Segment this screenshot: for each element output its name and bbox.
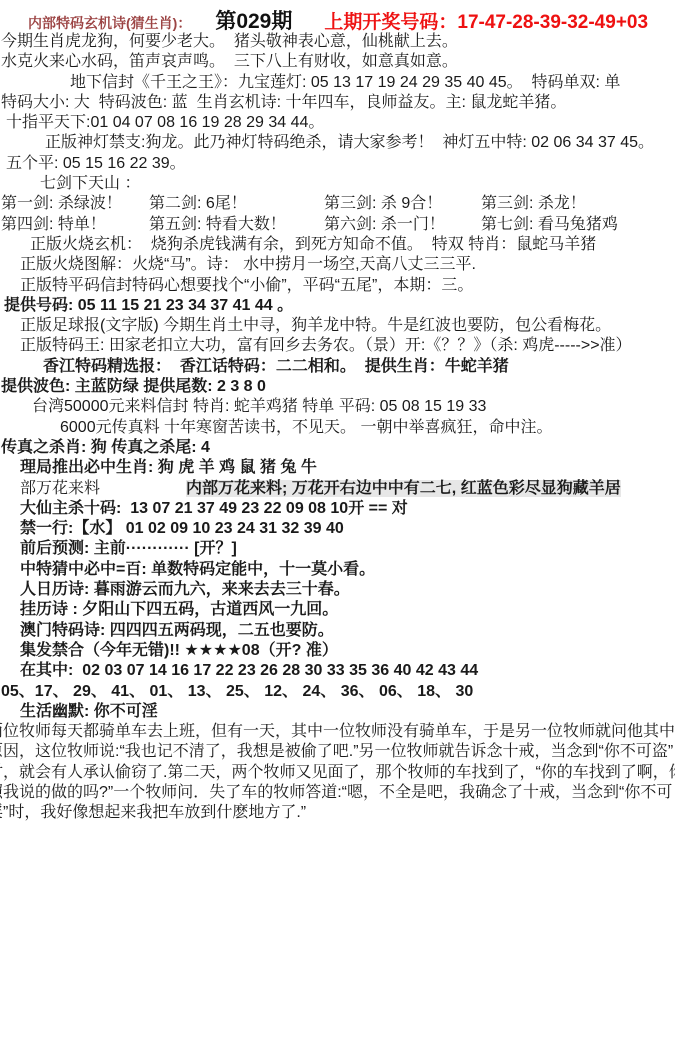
wanhua-prefix: 部万花来料 xyxy=(20,480,100,497)
seven-swords-row-2: 第四剑: 特单！ 第五剑: 特看大数！ 第六剑: 杀一门！ 第七剑: 看马兔猪鸡 xyxy=(0,215,675,235)
before-after-forecast-line: 前后预测: 主前············ [开？] xyxy=(0,539,675,559)
page-header: 内部特码玄机诗(猜生肖)： 第029期 上期开奖号码：17-47-28-39-3… xyxy=(0,5,675,32)
fax-kill-zodiac-line: 传真之杀肖: 狗 传真之杀尾: 4 xyxy=(0,438,675,458)
wall-calendar-poem-line: 挂历诗 : 夕阳山下四五码，古道西风一九回。 xyxy=(0,600,675,620)
lottery-tip-sheet: 内部特码玄机诗(猜生肖)： 第029期 上期开奖号码：17-47-28-39-3… xyxy=(0,0,675,824)
sword-2: 第二剑: 6尾！ xyxy=(149,194,324,214)
seven-swords-row-1: 第一剑: 杀绿波！ 第二剑: 6尾！ 第三剑: 杀 9合！ 第三剑: 杀龙！ xyxy=(0,194,675,214)
issue-number: 第029期 xyxy=(215,5,292,35)
doc-title: 内部特码玄机诗(猜生肖)： xyxy=(28,13,191,33)
seven-swords-title: 七剑下天山 ： xyxy=(0,174,675,194)
xiangjiang-report-line: 香江特码精选报： 香江话特码：二二相和。 提供生肖：牛蛇羊猪 xyxy=(0,357,675,377)
sword-5: 第五剑: 特看大数！ xyxy=(149,215,324,235)
fire-mystery-line: 正版火烧玄机： 烧狗杀虎钱满有余，到死方知命不值。 特双 特肖：鼠蛇马羊猪 xyxy=(0,235,675,255)
joke-line-3: 时，就会有人承认偷窃了.第二天，两个牧师又见面了，那个牧师的车找到了，“你的车找… xyxy=(0,763,675,783)
size-wave-line: 特码大小: 大 特码波色: 蓝 生肖玄机诗: 十年四车，良师益友。主: 鼠龙蛇羊… xyxy=(0,93,675,113)
taiwan-envelope-line: 台湾50000元来料信封 特肖: 蛇羊鸡猪 特单 平码: 05 08 15 19… xyxy=(0,397,675,417)
wanhua-segment-2: 红蓝色彩尽显狗藏羊居 xyxy=(461,480,621,497)
sword-3b: 第三剑: 杀龙！ xyxy=(481,194,675,214)
immortal-kill-ten-line: 大仙主杀十码: 13 07 21 37 49 23 22 09 08 10开 =… xyxy=(0,499,675,519)
magic-lamp-line: 正版神灯禁支:狗龙。此乃神灯特码绝杀，请大家参考！ 神灯五中特: 02 06 3… xyxy=(0,133,675,153)
bureau-zodiac-line: 理局推出必中生肖: 狗 虎 羊 鸡 鼠 猪 兔 牛 xyxy=(0,458,675,478)
forbidden-row-line: 禁一行:【水】 01 02 09 10 23 24 31 32 39 40 xyxy=(0,519,675,539)
numbers-sequence-line: 05、17、 29、 41、 01、 13、 25、 12、 24、 36、 0… xyxy=(0,682,675,702)
sword-7: 第七剑: 看马兔猪鸡 xyxy=(481,215,675,235)
special-flat-envelope-line: 正版特平码信封特码心想要找个“小偷”，平码“五尾”，本期：三。 xyxy=(0,276,675,296)
joke-line-4: 照我说的做的吗?”一个牧师问．失了车的牧师答道:“嗯，不全是吧，我确念了十戒，当… xyxy=(0,783,675,803)
macau-special-poem-line: 澳门特码诗: 四四四五两码现，二五也要防。 xyxy=(0,621,675,641)
joke-line-1: 两位牧师每天都骑单车去上班，但有一天，其中一位牧师没有骑单车，于是另一位牧师就问… xyxy=(0,722,675,742)
ten-fingers-numbers-line: 十指平天下:01 04 07 08 16 19 28 29 34 44。 xyxy=(0,113,675,133)
sword-4: 第四剑: 特单！ xyxy=(1,215,149,235)
jifa-forbidden-stars-line: 集发禁合（今年无错)!! ★★★★08（开? 准） xyxy=(0,641,675,661)
daily-calendar-poem-line: 人日历诗: 暮雨游云而九六，来来去去三十春。 xyxy=(0,580,675,600)
middle-special-guess-line: 中特猜中必中=百: 单数特码定能中，十一莫小看。 xyxy=(0,560,675,580)
sword-1: 第一剑: 杀绿波！ xyxy=(1,194,149,214)
five-flat-numbers-line: 五个平: 05 15 16 22 39。 xyxy=(0,154,675,174)
zodiac-poem-line-2: 水克火来心水码，笛声哀声鸣。 三下八上有财收，如意真如意。 xyxy=(0,52,675,72)
joke-line-5: 淫”时，我好像想起来我把车放到什麽地方了.” xyxy=(0,803,675,823)
wanhua-segment-1: 内部万花来料; 万花开右边中中有二七, xyxy=(186,480,461,497)
last-draw-numbers: 上期开奖号码：17-47-28-39-32-49+03 xyxy=(324,7,648,34)
among-them-numbers-line: 在其中: 02 03 07 14 16 17 22 23 26 28 30 33… xyxy=(0,661,675,681)
zodiac-poem-line-1: 今期生肖虎龙狗，何要少老大。 猪头敬神表心意，仙桃献上去。 xyxy=(0,32,675,52)
underground-envelope-line: 地下信封《千王之王》：九宝莲灯: 05 13 17 19 24 29 35 40… xyxy=(0,73,675,93)
sword-6: 第六剑: 杀一门！ xyxy=(324,215,481,235)
fire-diagram-line: 正版火烧图解：火烧“马”。诗： 水中捞月一场空,天高八丈三三平. xyxy=(0,255,675,275)
provided-numbers-line: 提供号码: 05 11 15 21 23 34 37 41 44 。 xyxy=(0,296,675,316)
wanhua-material-line: 部万花来料内部万花来料; 万花开右边中中有二七, 红蓝色彩尽显狗藏羊居 xyxy=(0,479,675,499)
life-humor-title: 生活幽默: 你不可淫 xyxy=(0,702,675,722)
special-code-king-line: 正版特码王: 田家老扣立大功，富有回乡去务农。（景）开:《？？》（杀: 鸡虎--… xyxy=(0,336,675,356)
wave-color-tail-line: 提供波色: 主蓝防绿 提供尾数: 2 3 8 0 xyxy=(0,377,675,397)
sword-3: 第三剑: 杀 9合！ xyxy=(324,194,481,214)
joke-line-2: 原因，这位牧师说:“我也记不清了，我想是被偷了吧.”另一位牧师就告诉念十戒，当念… xyxy=(0,742,675,762)
fax-6000-line: 6000元传真料 十年寒窗苦读书，不见天。 一朝中举喜疯狂，命中注。 xyxy=(0,418,675,438)
football-paper-line: 正版足球报(文字版) 今期生肖土中寻，狗羊龙中特。牛是红波也要防，包公看梅花。 xyxy=(0,316,675,336)
